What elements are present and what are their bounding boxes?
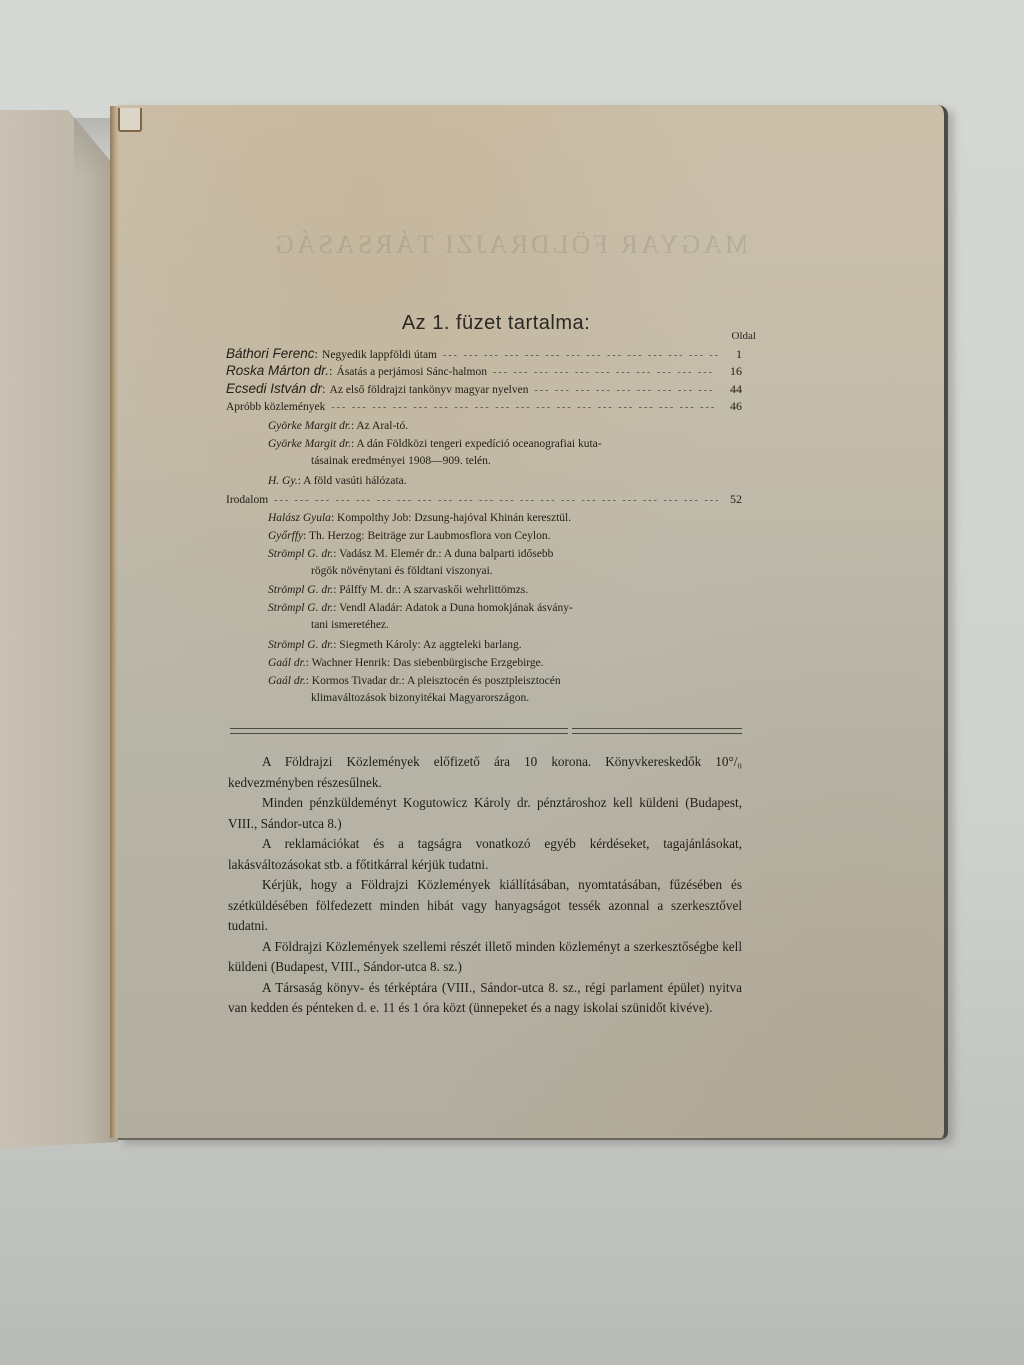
sub-entry-author: Györke Margit dr. (268, 438, 351, 450)
sub-entry-text: Kompolthy Job: Dzsung-hajóval Khinán ker… (337, 512, 571, 524)
toc-entry-author: Roska Márton dr. (226, 363, 329, 378)
sub-entry: Győrffy: Th. Herzog: Beiträge zur Laubmo… (268, 528, 728, 545)
toc-entry: Báthori Ferenc: Negyedik lappföldi útam … (226, 346, 742, 363)
sub-entry: H. Gy.: A föld vasúti hálózata. (268, 473, 728, 490)
sub-entry-text: Kormos Tivadar dr.: A pleisztocén és pos… (312, 675, 561, 687)
double-rule-right (572, 728, 742, 734)
page-column-header: Oldal (732, 330, 756, 342)
toc-entry: Ecsedi István dr: Az első földrajzi tank… (226, 381, 742, 398)
sub-entry: Gaál dr.: Kormos Tivadar dr.: A pleiszto… (268, 673, 728, 707)
sub-entry-author: Gaál dr. (268, 657, 306, 669)
sub-entry: Halász Gyula: Kompolthy Job: Dzsung-hajó… (268, 510, 728, 527)
leader-dots (274, 495, 718, 506)
subscription-notices: A Földrajzi Közlemények előfizető ára 10… (228, 752, 742, 1019)
notice-paragraph: A Társaság könyv- és térképtára (VIII., … (228, 978, 742, 1019)
sub-entry: Györke Margit dr.: A dán Földközi tenger… (268, 436, 728, 470)
section-title: Irodalom (226, 494, 268, 506)
bleed-through-header: MAGYAR FÖLDRAJZI TÁRSASÁG (230, 230, 790, 260)
sub-entry-text: Pálffy M. dr.: A szarvaskői wehrlittömzs… (339, 584, 528, 596)
sub-entry-author: Gaál dr. (268, 675, 306, 687)
sub-entry: Strömpl G. dr.: Vendl Aladár: Adatok a D… (268, 600, 728, 634)
leader-dots (493, 367, 718, 378)
toc-title: Az 1. füzet tartalma: (226, 312, 766, 335)
double-rule-left (230, 728, 568, 734)
sub-entry-author: Győrffy (268, 530, 303, 542)
toc-entry-page: 44 (724, 382, 742, 397)
toc-entry-author: Báthori Ferenc (226, 346, 315, 361)
toc-section-aprobb: Apróbb közlemények 46 (226, 399, 742, 416)
binding-tab (118, 108, 142, 132)
sub-entry-author: Halász Gyula (268, 512, 331, 524)
leader-dots (331, 402, 718, 413)
notice-paragraph: A reklamációkat és a tagságra vonatkozó … (228, 834, 742, 875)
facing-left-page (0, 110, 118, 1148)
toc-section-irodalom: Irodalom 52 (226, 492, 742, 509)
sub-entry-text: A föld vasúti hálózata. (303, 475, 406, 487)
page-shadow (74, 118, 114, 178)
sub-entry-author: Györke Margit dr. (268, 420, 351, 432)
notice-paragraph: Minden pénzküldeményt Kogutowicz Károly … (228, 793, 742, 834)
section-page: 46 (724, 399, 742, 414)
leader-dots (443, 350, 718, 361)
notice-paragraph: Kérjük, hogy a Földrajzi Közlemények kiá… (228, 875, 742, 937)
sub-entry-continuation: tani ismeretéhez. (268, 617, 728, 634)
toc-entry-title: Az első földrajzi tankönyv magyar nyelve… (330, 384, 529, 396)
sub-entry: Strömpl G. dr.: Vadász M. Elemér dr.: A … (268, 546, 728, 580)
sub-entry-text: Siegmeth Károly: Az aggteleki barlang. (339, 639, 521, 651)
leader-dots (534, 385, 718, 396)
toc-entry: Roska Márton dr.: Ásatás a perjámosi Sán… (226, 363, 742, 380)
sub-entry-author: Strömpl G. dr. (268, 602, 333, 614)
sub-entry-author: H. Gy. (268, 475, 298, 487)
section-title: Apróbb közlemények (226, 401, 325, 413)
section-page: 52 (724, 492, 742, 507)
sub-entry-author: Strömpl G. dr. (268, 584, 333, 596)
sub-entry-continuation: tásainak eredményei 1908—909. telén. (268, 453, 728, 470)
sub-entry-continuation: klimaváltozások bizonyitékai Magyarorszá… (268, 690, 728, 707)
sub-entry: Györke Margit dr.: Az Aral-tó. (268, 418, 728, 435)
sub-entry-text: Th. Herzog: Beiträge zur Laubmosflora vo… (309, 530, 550, 542)
toc-entry-page: 1 (724, 347, 742, 362)
sub-entry-author: Strömpl G. dr. (268, 639, 333, 651)
toc-entry-title: Negyedik lappföldi útam (322, 349, 437, 361)
sub-entry-text: Az Aral-tó. (356, 420, 408, 432)
sub-entry-text: A dán Földközi tengeri expedíció oceanog… (356, 438, 601, 450)
notice-paragraph: A Földrajzi Közlemények szellemi részét … (228, 937, 742, 978)
book-spine-edge (110, 106, 118, 1138)
toc-entry-page: 16 (724, 364, 742, 379)
toc-entry-author: Ecsedi István dr (226, 381, 322, 396)
sub-entry: Strömpl G. dr.: Siegmeth Károly: Az aggt… (268, 637, 728, 654)
sub-entry-text: Vadász M. Elemér dr.: A duna balparti id… (339, 548, 553, 560)
sub-entry: Gaál dr.: Wachner Henrik: Das siebenbürg… (268, 655, 728, 672)
sub-entry-text: Wachner Henrik: Das siebenbürgische Erzg… (312, 657, 544, 669)
sub-entry-text: Vendl Aladár: Adatok a Duna homokjának á… (339, 602, 573, 614)
notice-paragraph: A Földrajzi Közlemények előfizető ára 10… (228, 752, 742, 793)
sub-entry-author: Strömpl G. dr. (268, 548, 333, 560)
toc-entry-title: Ásatás a perjámosi Sánc-halmon (337, 366, 487, 378)
sub-entry-continuation: rögök növénytani és földtani viszonyai. (268, 563, 728, 580)
sub-entry: Strömpl G. dr.: Pálffy M. dr.: A szarvas… (268, 582, 728, 599)
